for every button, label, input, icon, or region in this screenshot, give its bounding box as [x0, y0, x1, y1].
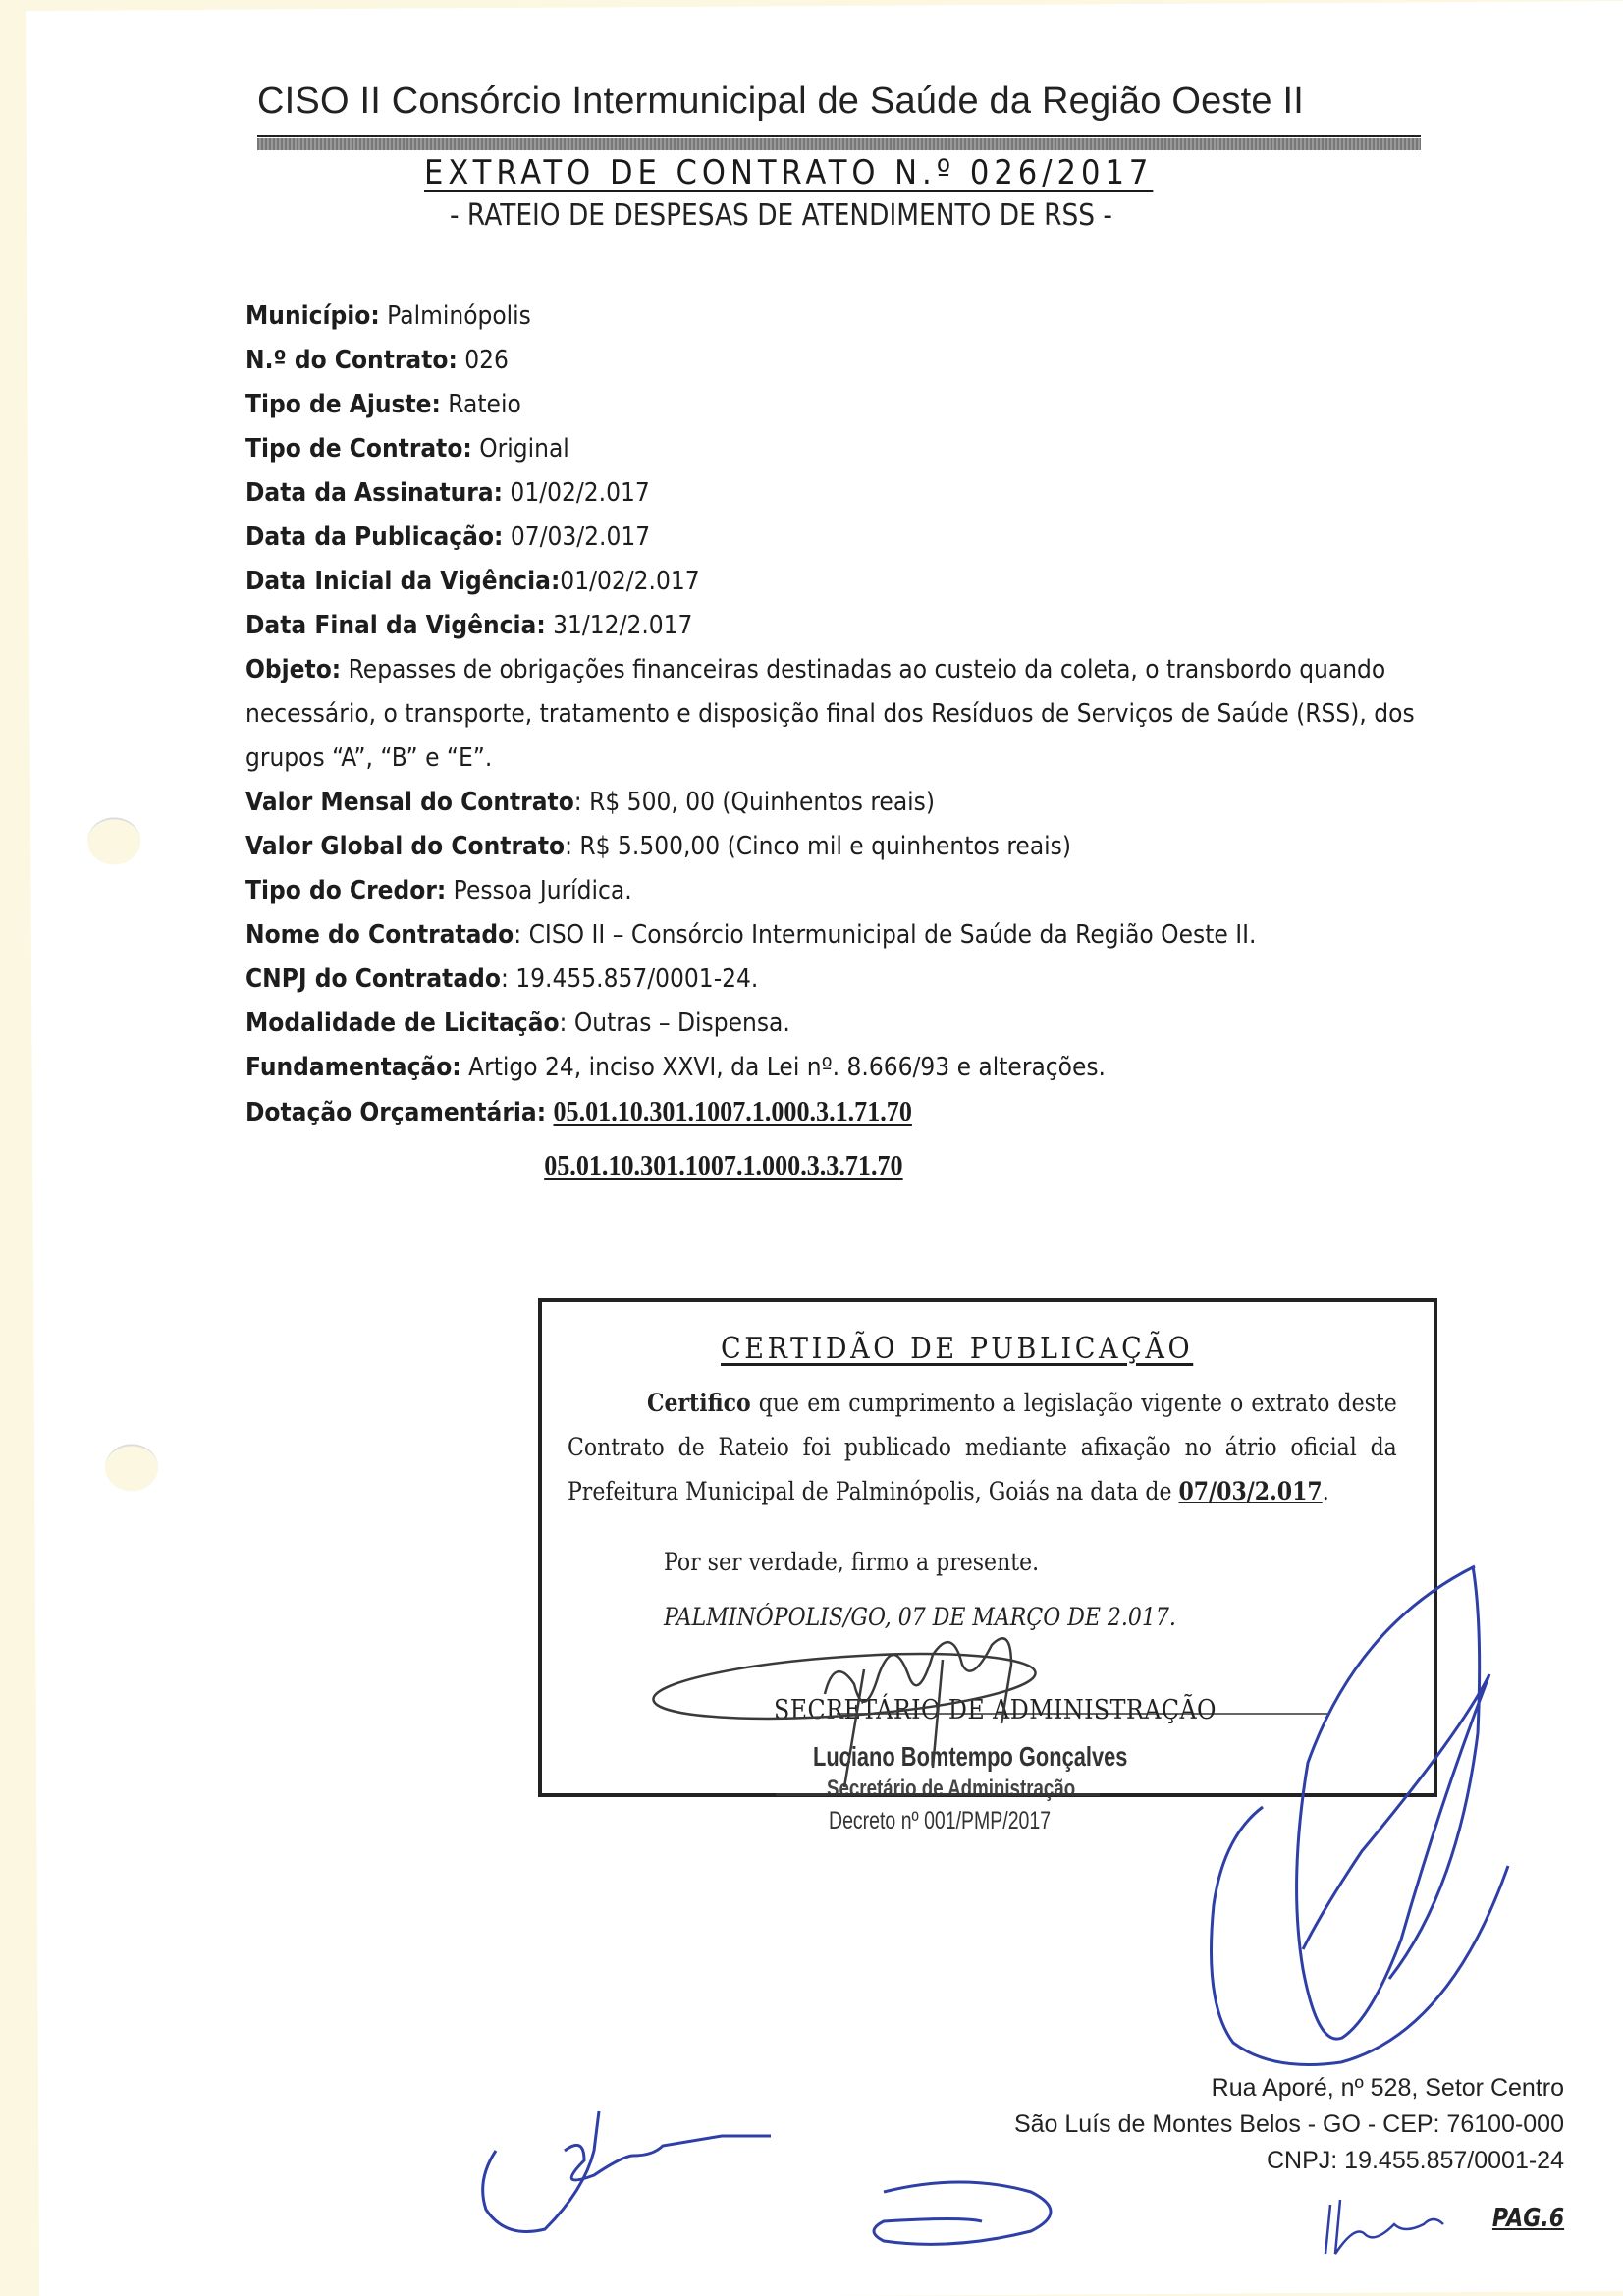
dotacao-code-1: 05.01.10.301.1007.1.000.3.1.71.70 [553, 1096, 911, 1127]
field-vigencia-final: Data Final da Vigência: 31/12/2.017 [245, 604, 1332, 648]
stamp-role: Secretário de Administração [827, 1776, 1075, 1803]
punch-hole-top [87, 817, 140, 864]
field-vigencia-inicial: Data Inicial da Vigência:01/02/2.017 [245, 560, 1332, 604]
stamp-name: Luciano Bomtempo Gonçalves [813, 1741, 1127, 1773]
field-municipio: Município: Palminópolis [245, 295, 1332, 339]
field-nome-contratado: Nome do Contratado: CISO II – Consórcio … [245, 913, 1332, 957]
stamp-decree: Decreto nº 001/PMP/2017 [829, 1807, 1051, 1835]
field-valor-global: Valor Global do Contrato: R$ 5.500,00 (C… [245, 825, 1332, 869]
dotacao-code-2: 05.01.10.301.1007.1.000.3.3.71.70 [245, 1143, 1332, 1188]
certidao-signer-role: SECRETÁRIO DE ADMINISTRAÇÃO [774, 1695, 1217, 1725]
field-modalidade: Modalidade de Licitação: Outras – Dispen… [245, 1002, 1332, 1046]
field-objeto: Objeto: Repasses de obrigações financeir… [245, 648, 1447, 781]
punch-hole-bottom [105, 1444, 158, 1491]
certidao-title: CERTIDÃO DE PUBLICAÇÃO [721, 1332, 1193, 1366]
field-tipo-contrato: Tipo de Contrato: Original [245, 427, 1332, 471]
field-numero-contrato: N.º do Contrato: 026 [245, 339, 1332, 383]
document-title: EXTRATO DE CONTRATO N.º 026/2017 [424, 153, 1153, 192]
field-dotacao: Dotação Orçamentária: 05.01.10.301.1007.… [245, 1090, 1332, 1188]
field-tipo-ajuste: Tipo de Ajuste: Rateio [245, 383, 1332, 427]
field-data-assinatura: Data da Assinatura: 01/02/2.017 [245, 471, 1332, 516]
certidao-place-date: PALMINÓPOLIS/GO, 07 DE MARÇO DE 2.017. [664, 1603, 1176, 1631]
field-data-publicacao: Data da Publicação: 07/03/2.017 [245, 516, 1332, 560]
stamp-strike-line [776, 1793, 1100, 1796]
certidao-date: 07/03/2.017 [1178, 1477, 1322, 1505]
page-number: PAG.6 [1492, 2204, 1564, 2233]
footer-address-block: Rua Aporé, nº 528, Setor Centro São Luís… [1014, 2070, 1564, 2179]
footer-address: Rua Aporé, nº 528, Setor Centro [1014, 2070, 1564, 2106]
organization-header: CISO II Consórcio Intermunicipal de Saúd… [257, 81, 1416, 123]
header-rule-shaded [257, 138, 1421, 150]
document-subtitle: - RATEIO DE DESPESAS DE ATENDIMENTO DE R… [450, 198, 1112, 233]
certidao-box: CERTIDÃO DE PUBLICAÇÃO Certifico que em … [538, 1298, 1437, 1797]
footer-cnpj: CNPJ: 19.455.857/0001-24 [1014, 2143, 1564, 2179]
contract-fields: Município: Palminópolis N.º do Contrato:… [245, 295, 1453, 1188]
certidao-text: Certifico que em cumprimento a legislaçã… [568, 1381, 1397, 1513]
field-cnpj-contratado: CNPJ do Contratado: 19.455.857/0001-24. [245, 957, 1332, 1002]
footer-city: São Luís de Montes Belos - GO - CEP: 761… [1014, 2106, 1564, 2143]
header-rule [257, 135, 1421, 137]
certidao-verdade: Por ser verdade, firmo a presente. [664, 1548, 1039, 1576]
field-fundamentacao: Fundamentação: Artigo 24, inciso XXVI, d… [245, 1046, 1332, 1090]
field-tipo-credor: Tipo do Credor: Pessoa Jurídica. [245, 869, 1332, 913]
field-valor-mensal: Valor Mensal do Contrato: R$ 500, 00 (Qu… [245, 781, 1332, 825]
